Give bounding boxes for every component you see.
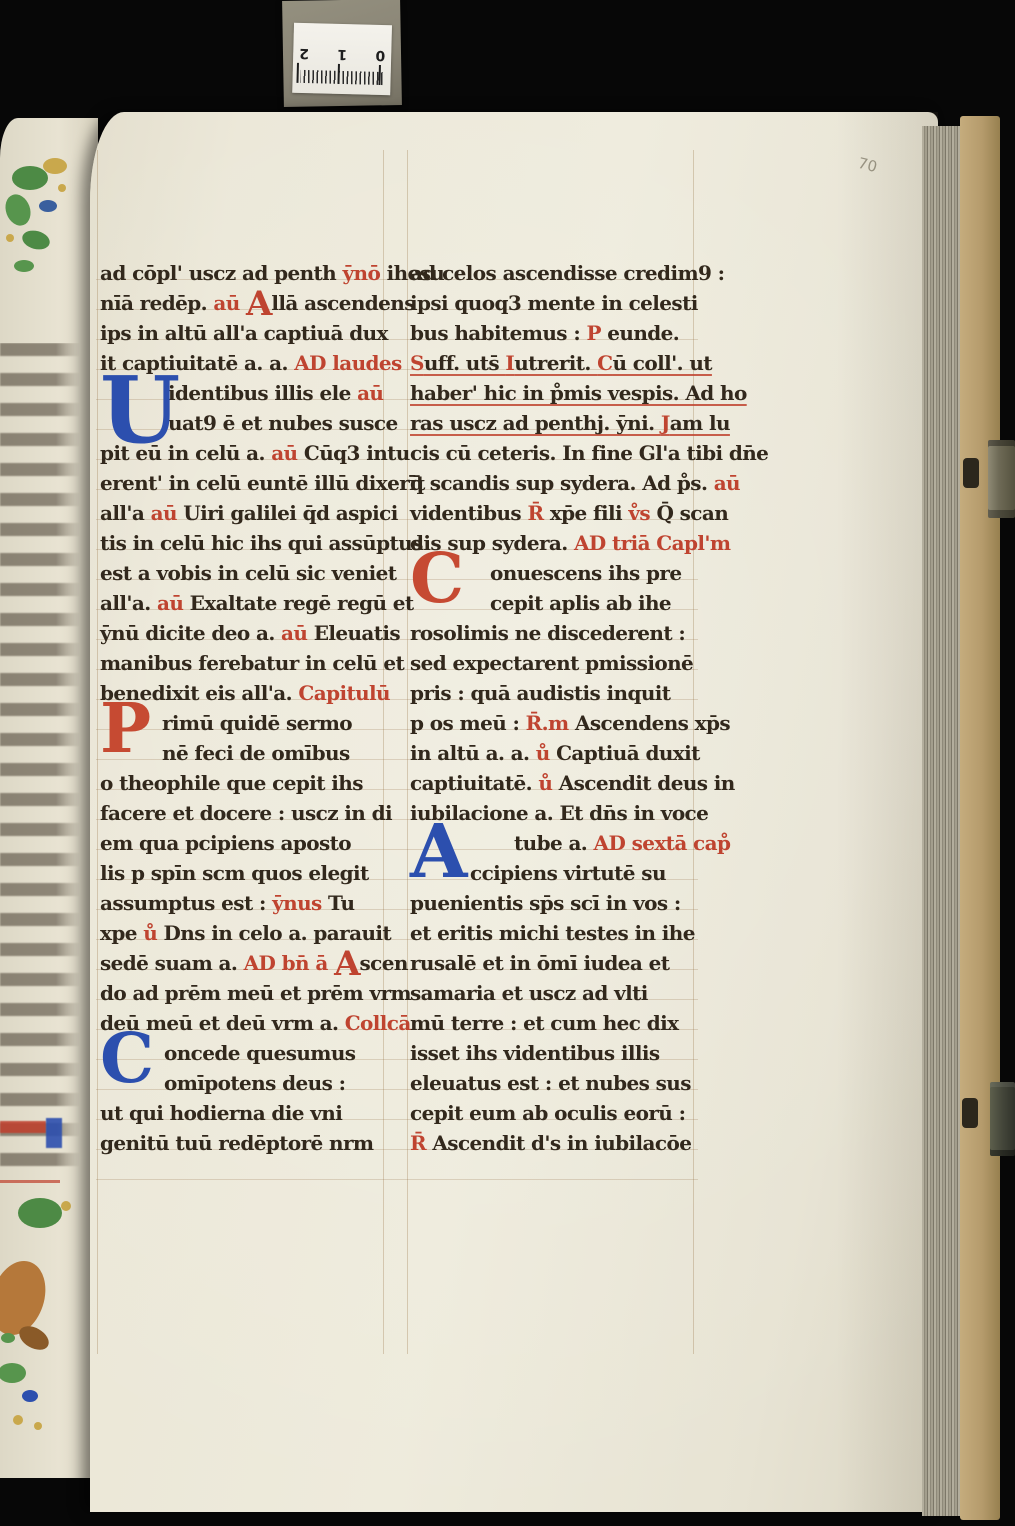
text-segment: manibus ferebatur in celū et (100, 651, 404, 675)
text-segment: all'a (100, 501, 151, 525)
text-segment: ů (538, 771, 558, 795)
text-line: tis in celū hic ihs qui assūptus (100, 528, 392, 558)
text-line: sed expectarent pmissionē (410, 648, 702, 678)
folio-number: 70 (856, 154, 879, 176)
text-segment: eunde. (601, 321, 679, 345)
text-line: sedē suam a. AD bn̄ ā Ascen (100, 948, 392, 978)
text-line: em qua pcipiens aposto (100, 828, 392, 858)
text-segment: Tu (328, 891, 354, 915)
text-segment: genitū tuū redēptorē nrm (100, 1131, 373, 1155)
text-segment: v̊s (628, 501, 656, 525)
text-segment: tis in celū hic ihs qui assūptus (100, 531, 423, 555)
text-line: all'a aū Uiri galilei q̄d aspici (100, 498, 392, 528)
text-segment: R̄.m (526, 711, 575, 735)
text-segment: C (597, 351, 612, 375)
ruler-upside-down: 0 1 2 (296, 27, 387, 85)
text-segment: aū (271, 441, 304, 465)
text-line: videntibus R̄ xp̄e fili v̊s Q̄ scan (410, 498, 702, 528)
text-segment: onuescens ihs pre (490, 561, 681, 585)
marginalia-foliage-icon (0, 148, 90, 278)
text-line: est a vobis in celū sic veniet (100, 558, 392, 588)
book-cover-edge (960, 116, 1000, 1520)
text-segment: ips in altū all'a captiuā dux (100, 321, 388, 345)
text-line: q̄ scandis sup sydera. Ad p̊s. aū (410, 468, 702, 498)
text-segment: Capitulū (298, 681, 390, 705)
text-segment: facere et docere : uscz in di (100, 801, 392, 825)
text-line: facere et docere : uscz in di (100, 798, 392, 828)
ruler-number: 2 (299, 45, 309, 61)
text-line: p os meū : R̄.m Ascendens xp̄s (410, 708, 702, 738)
text-segment: R̄ (527, 501, 549, 525)
drop-cap-initial: C (100, 1028, 152, 1091)
text-segment: videntibus (410, 501, 527, 525)
clasp-bottom (990, 1082, 1015, 1156)
text-segment: Q̄ scan (656, 501, 728, 525)
text-segment: ut qui hodierna die vni (100, 1101, 342, 1125)
clasp-hole-bottom (962, 1098, 978, 1128)
text-segment: cepit aplis ab ihe (490, 591, 671, 615)
text-line: samaria et uscz ad vlti (410, 978, 702, 1008)
text-line: ad celos ascendisse credim9 : (410, 258, 702, 288)
text-segment: samaria et uscz ad vlti (410, 981, 648, 1005)
text-segment: omīpotens deus : (164, 1071, 345, 1095)
text-segment: am lu (670, 411, 730, 435)
text-segment: utrerit. (514, 351, 597, 375)
ruler-label: 0 1 2 (292, 23, 392, 96)
text-segment: S (410, 351, 424, 375)
text-segment: AD sextā cap̊ (594, 831, 731, 855)
text-segment: ȳnus (272, 891, 328, 915)
text-segment: Captiuā duxit (556, 741, 700, 765)
text-segment: ȳnō (343, 261, 381, 285)
text-segment: ů (143, 921, 163, 945)
text-segment: ad cōpl' uscz ad penth (100, 261, 343, 285)
text-segment: eleuatus est : et nubes sus (410, 1071, 691, 1095)
clasp-top (988, 440, 1015, 518)
text-segment: p os meū : (410, 711, 526, 735)
text-segment: Uiri galilei q̄d aspici (183, 501, 397, 525)
drop-cap-initial: C (410, 548, 462, 611)
text-segment: mū terre : et cum hec dix (410, 1011, 678, 1035)
text-segment: Ascendit d's in iubilacōe (432, 1131, 691, 1155)
marginalia-bird-icon (0, 1168, 92, 1448)
text-segment: xpe (100, 921, 143, 945)
text-line: ras uscz ad penthj. ȳni. Jam lu (410, 408, 702, 438)
text-line: isset ihs videntibus illis (410, 1038, 702, 1068)
ruler-card: 0 1 2 (282, 0, 402, 107)
text-line: eleuatus est : et nubes sus (410, 1068, 702, 1098)
text-line: cis cū ceteris. In fine Gl'a tibi dn̄e (410, 438, 702, 468)
manuscript-photo: 0 1 2 (0, 0, 1015, 1526)
text-segment: Eleuatis (314, 621, 400, 645)
text-segment: ū coll'. ut (612, 351, 711, 375)
text-segment: bus habitemus : (410, 321, 586, 345)
text-line: manibus ferebatur in celū et (100, 648, 392, 678)
text-segment: Ascendens xp̄s (575, 711, 730, 735)
text-segment: aū (357, 381, 383, 405)
text-segment: uff. uts̄ (424, 351, 506, 375)
facing-page-text-lines (0, 343, 80, 1173)
text-column-right: ad celos ascendisse credim9 :ipsi quoq3 … (410, 258, 702, 1158)
text-line: lis p spīn scm quos elegit (100, 858, 392, 888)
text-segment: captiuitatē. (410, 771, 538, 795)
text-segment: R̄ (410, 1131, 432, 1155)
text-segment: nīā redēp. (100, 291, 213, 315)
text-line: rosolimis ne discederent : (410, 618, 702, 648)
ruler-tick-2 (296, 63, 299, 83)
text-segment: scen (359, 951, 407, 975)
ruler-numbers: 0 1 2 (299, 45, 385, 63)
text-segment: sed expectarent pmissionē (410, 651, 693, 675)
ruler-number: 1 (337, 46, 347, 62)
text-segment: aū (281, 621, 314, 645)
text-segment: in altū a. a. (410, 741, 536, 765)
text-line: o theophile que cepit ihs (100, 768, 392, 798)
text-line: cepit eum ab oculis eorū : (410, 1098, 702, 1128)
text-segment: rosolimis ne discederent : (410, 621, 685, 645)
text-line: in altū a. a. ů Captiuā duxit (410, 738, 702, 768)
text-segment: Ascendit deus in (559, 771, 735, 795)
text-segment: aū (714, 471, 740, 495)
text-line: all'a. aū Exaltate regē regū et (100, 588, 392, 618)
text-segment: aū (213, 291, 246, 315)
text-segment: AD triā Capl'm (574, 531, 730, 555)
text-line: R̄ Ascendit d's in iubilacōe (410, 1128, 702, 1158)
ruling-vertical (97, 150, 98, 1354)
text-line: ut qui hodierna die vni (100, 1098, 392, 1128)
text-segment: haber' hic in p̊mis vespis. Ad ho (410, 381, 747, 405)
text-segment: Dns in celo a. parauit (164, 921, 392, 945)
text-line: Suff. uts̄ Iutrerit. Cū coll'. ut (410, 348, 702, 378)
drop-cap-initial: U (100, 368, 178, 453)
text-line: rusalē et in ōmī iudea et (410, 948, 702, 978)
text-segment: uat9 ē et nubes susce (168, 411, 398, 435)
text-column-left: ad cōpl' uscz ad penth ȳnō ihesunīā redē… (100, 258, 392, 1158)
text-segment: ras uscz ad penthj. ȳni. (410, 411, 661, 435)
text-line: ips in altū all'a captiuā dux (100, 318, 392, 348)
text-line: do ad prēm meū et prēm vrm (100, 978, 392, 1008)
ruler-number: 0 (375, 47, 385, 63)
text-segment: erent' in celū euntē illū dixerīt (100, 471, 425, 495)
text-segment: rimū quidē sermo (162, 711, 352, 735)
text-line: assumptus est : ȳnus Tu (100, 888, 392, 918)
text-segment: cepit eum ab oculis eorū : (410, 1101, 685, 1125)
text-segment: rusalē et in ōmī iudea et (410, 951, 669, 975)
text-segment: ů (536, 741, 556, 765)
text-segment: llā ascendens (271, 291, 415, 315)
text-segment: ccipiens virtutē su (470, 861, 666, 885)
book-fore-edge (922, 126, 962, 1516)
text-segment: all'a. (100, 591, 157, 615)
text-segment: AD bn̄ ā (244, 951, 334, 975)
text-line: genitū tuū redēptorē nrm (100, 1128, 392, 1158)
ruler-ticks (300, 70, 382, 85)
text-segment: lis p spīn scm quos elegit (100, 861, 369, 885)
text-line: erent' in celū euntē illū dixerīt (100, 468, 392, 498)
text-segment: tube a. (514, 831, 594, 855)
text-segment: q̄ scandis sup sydera. Ad p̊s. (410, 471, 714, 495)
text-segment: I (505, 351, 514, 375)
text-segment: oncede quesumus (164, 1041, 355, 1065)
facing-page-rubric (0, 1121, 46, 1133)
text-segment: aū (151, 501, 184, 525)
text-line: nīā redēp. aū Allā ascendens (100, 288, 392, 318)
text-segment: sedē suam a. (100, 951, 244, 975)
drop-cap-initial: A (410, 818, 465, 886)
text-segment: pris : quā audistis inquit (410, 681, 670, 705)
text-segment: Exaltate regē regū et (190, 591, 414, 615)
text-segment: ad celos ascendisse credim9 : (410, 261, 724, 285)
ruling-vertical (407, 150, 408, 1354)
text-segment: ȳnū dicite deo a. (100, 621, 281, 645)
drop-cap-initial: P (100, 698, 149, 761)
text-line: ȳnū dicite deo a. aū Eleuatis (100, 618, 392, 648)
text-segment: AD laudes (294, 351, 402, 375)
text-segment: Collcā (345, 1011, 411, 1035)
text-line: mū terre : et cum hec dix (410, 1008, 702, 1038)
text-segment: o theophile que cepit ihs (100, 771, 363, 795)
text-line: haber' hic in p̊mis vespis. Ad ho (410, 378, 702, 408)
facing-page-edge (0, 118, 98, 1478)
text-segment: P (586, 321, 600, 345)
text-segment: isset ihs videntibus illis (410, 1041, 660, 1065)
text-segment: Cūq3 intu (304, 441, 410, 465)
text-segment: em qua pcipiens aposto (100, 831, 351, 855)
facing-page-initial (46, 1118, 62, 1148)
text-segment: nē feci de omībus (162, 741, 350, 765)
text-segment: ipsi quoq3 mente in celesti (410, 291, 698, 315)
text-segment: assumptus est : (100, 891, 272, 915)
text-line: et eritis michi testes in ihe (410, 918, 702, 948)
text-segment: J (661, 411, 670, 435)
text-line: ipsi quoq3 mente in celesti (410, 288, 702, 318)
text-segment: et eritis michi testes in ihe (410, 921, 695, 945)
text-segment: do ad prēm meū et prēm vrm (100, 981, 411, 1005)
clasp-hole-top (963, 458, 979, 488)
text-segment: identibus illis ele (168, 381, 357, 405)
text-segment: aū (157, 591, 190, 615)
text-line: pris : quā audistis inquit (410, 678, 702, 708)
text-segment: est a vobis in celū sic veniet (100, 561, 396, 585)
text-line: captiuitatē. ů Ascendit deus in (410, 768, 702, 798)
manuscript-page: 70 ad cōpl' uscz ad penth ȳnō ihesunīā r… (90, 112, 938, 1512)
text-line: bus habitemus : P eunde. (410, 318, 702, 348)
text-segment: xp̄e fili (550, 501, 629, 525)
text-segment: cis cū ceteris. In fine Gl'a tibi dn̄e (410, 441, 768, 465)
